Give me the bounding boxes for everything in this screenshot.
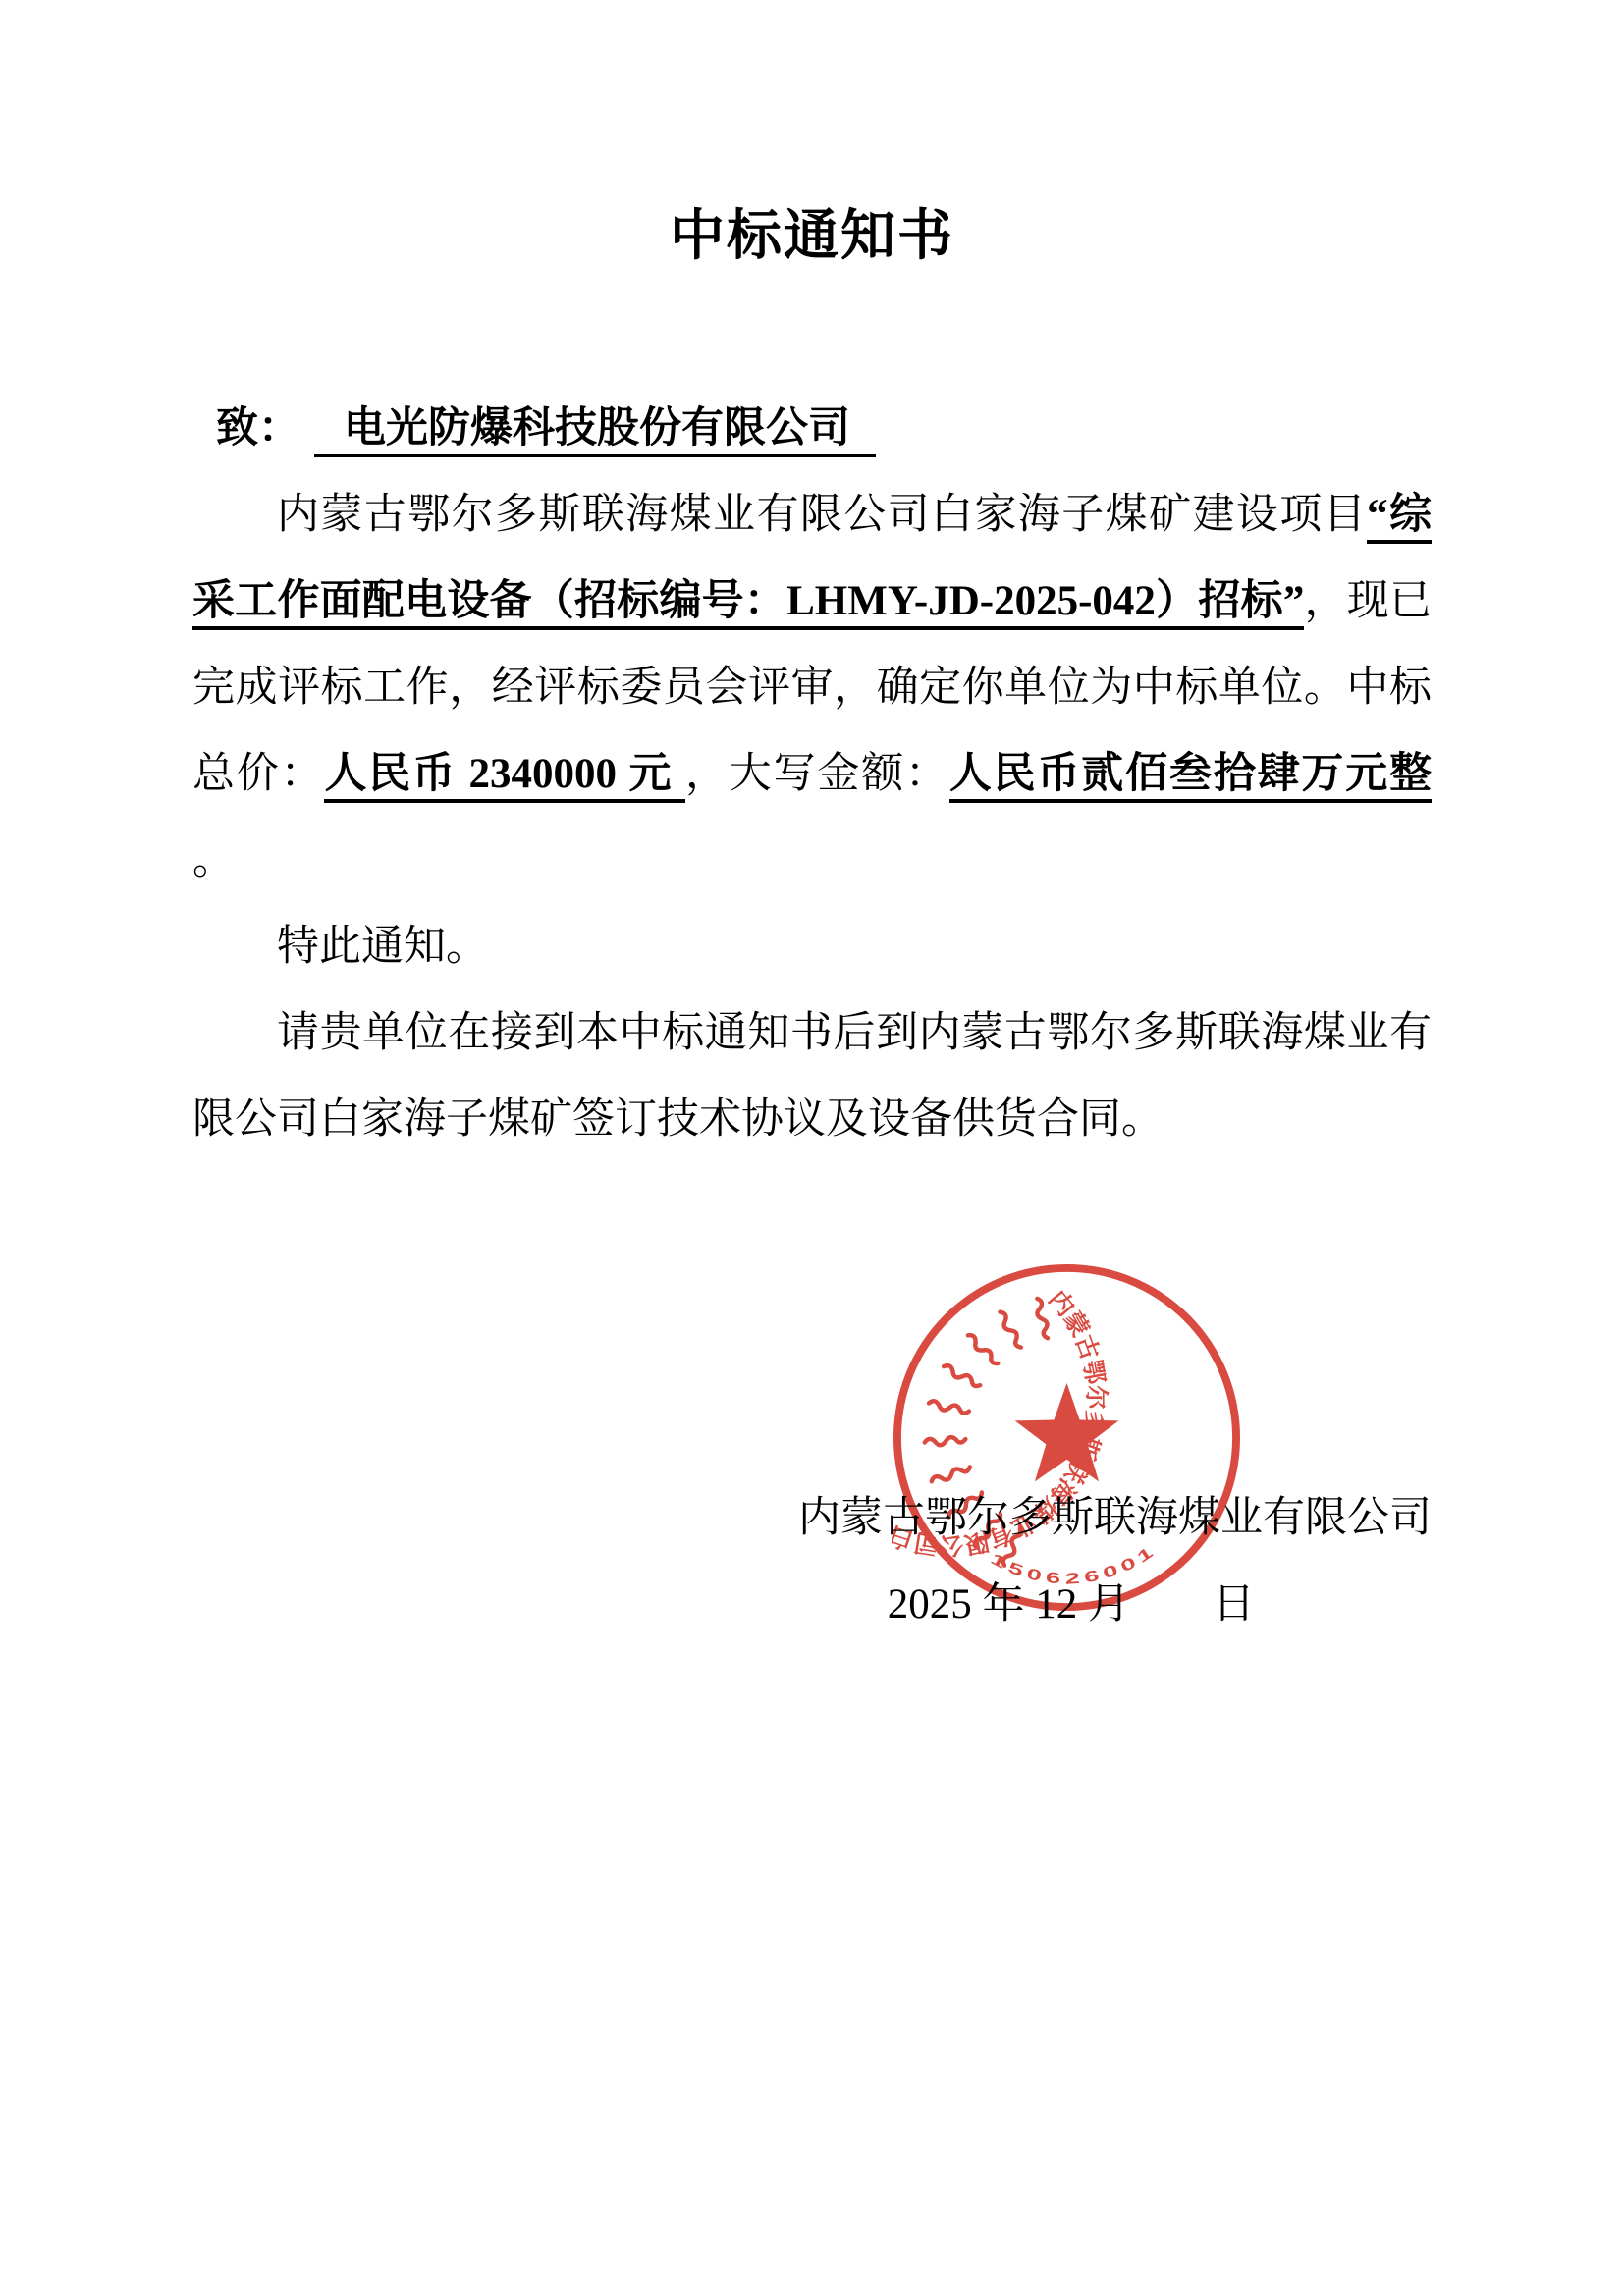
- document-page: 中标通知书 致：电光防爆科技股份有限公司 内蒙古鄂尔多斯联海煤业有限公司白家海子…: [0, 0, 1624, 2296]
- signature-block: 内蒙古鄂尔多斯联海煤业有限公司 2025 年 12 月日: [192, 1475, 1432, 1648]
- paragraph-notice: 特此通知。: [192, 904, 1432, 990]
- signature-date: 2025 年 12 月日: [192, 1562, 1432, 1648]
- text-segment-normal: 。: [192, 837, 235, 883]
- text-segment-bold-underline: 人民币 2340000 元: [324, 751, 684, 803]
- recipient-label: 致：: [192, 405, 300, 452]
- signature-date-suffix: 日: [1213, 1581, 1255, 1628]
- document-body: 中标通知书 致：电光防爆科技股份有限公司 内蒙古鄂尔多斯联海煤业有限公司白家海子…: [0, 0, 1624, 1648]
- signature-company: 内蒙古鄂尔多斯联海煤业有限公司: [192, 1475, 1432, 1562]
- text-segment-normal: ，大写金额：: [685, 751, 949, 797]
- page-title: 中标通知书: [192, 206, 1432, 267]
- text-segment-normal: 内蒙古鄂尔多斯联海煤业有限公司白家海子煤矿建设项目: [277, 492, 1367, 538]
- paragraph-award-details: 内蒙古鄂尔多斯联海煤业有限公司白家海子煤矿建设项目“综采工作面配电设备（招标编号…: [192, 472, 1432, 904]
- text-segment-bold-underline: 人民币贰佰叁拾肆万元整: [949, 751, 1432, 803]
- signature-date-prefix: 2025 年 12 月: [888, 1581, 1130, 1628]
- recipient-line: 致：电光防爆科技股份有限公司: [192, 386, 1432, 472]
- recipient-company: 电光防爆科技股份有限公司: [314, 405, 876, 457]
- paragraph-contract-instruction: 请贵单位在接到本中标通知书后到内蒙古鄂尔多斯联海煤业有限公司白家海子煤矿签订技术…: [192, 990, 1432, 1163]
